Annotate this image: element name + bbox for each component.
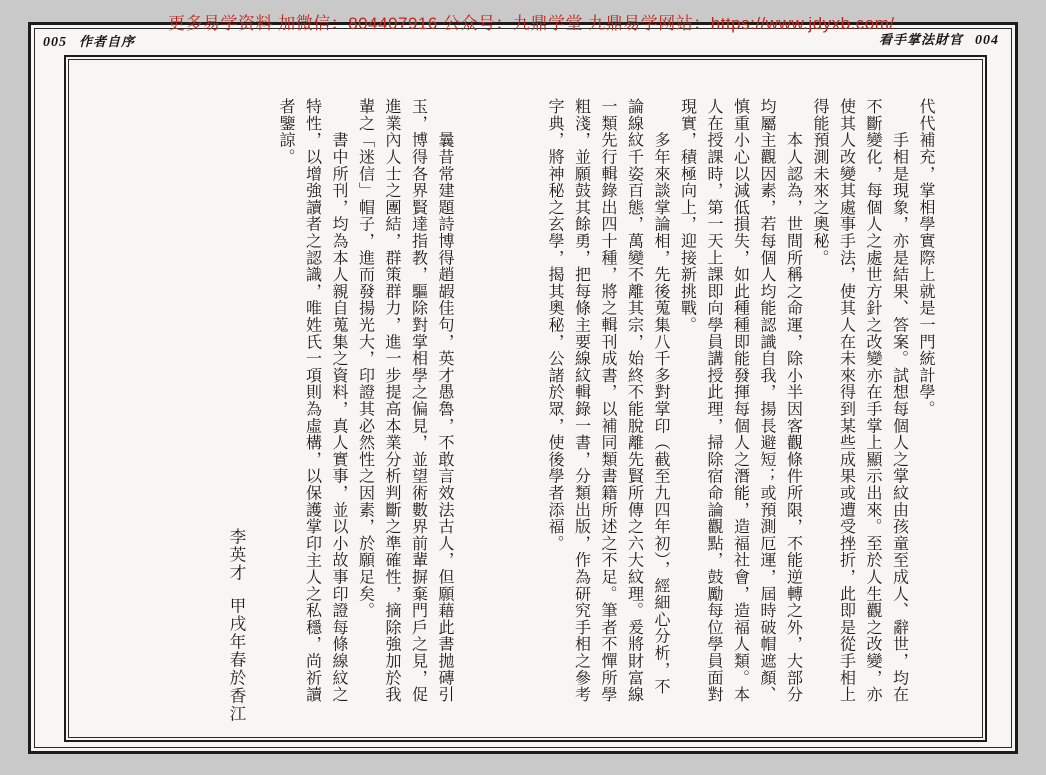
book-spread: 005作者自序 看手掌法財官004 代代補充，掌相學實際上就是一門統計學。 手相…	[28, 22, 1018, 754]
left-page-number: 005	[43, 35, 67, 50]
text-column: 手相是現象，亦是結果、答案。試想每個人之掌紋由孩童至成人、辭世，均在	[885, 98, 912, 726]
text-column: 代代補充，掌相學實際上就是一門統計學。	[912, 98, 939, 726]
right-page-title: 看手掌法財官	[879, 32, 963, 47]
text-column: 不斷變化，每個人之處世方針之改變亦在手掌上顯示出來。至於人生觀之改變，亦	[859, 98, 886, 726]
right-page-text: 代代補充，掌相學實際上就是一門統計學。 手相是現象，亦是結果、答案。試想每個人之…	[540, 98, 938, 726]
signature-dateline: 甲戌年春於香江	[227, 597, 246, 723]
text-column: 人在授課時，第一天上課即向學員講授此理，掃除宿命論觀點，鼓勵每位學員面對	[700, 98, 727, 726]
text-column: 特性，以增強讀者之認識，唯姓氏一項則為虛構，以保護掌印主人之私穩，尚祈讀	[298, 98, 325, 726]
text-column: 論線紋千姿百態，萬變不離其宗，始終不能脫離先賢所傳之六大紋理。爰將財富線	[620, 98, 647, 726]
text-column: 字典，將神秘之玄學，揭其奧秘，公諸於眾，使後學者添福。	[541, 98, 568, 726]
left-page-header: 005作者自序	[43, 31, 135, 51]
text-column: 玉，博得各界賢達指教，驅除對掌相學之偏見，並望術數界前輩摒棄門戶之見，促	[404, 98, 431, 726]
author-name: 李英才	[227, 528, 246, 582]
text-column: 現實，積極向上，迎接新挑戰。	[673, 98, 700, 726]
text-column: 輩之「迷信」帽子，進而發揚光大，印證其必然性之因素，於願足矣。	[351, 98, 378, 726]
text-column: 均屬主觀因素，若每個人均能認識自我，揚長避短；或預測厄運，屆時破帽遮顏、	[753, 98, 780, 726]
text-column: 者鑒諒。	[272, 98, 299, 726]
right-page-number: 004	[975, 33, 999, 48]
text-column: 多年來談掌論相，先後蒐集八千多對掌印（截至九四年初），經細心分析，不	[647, 98, 674, 726]
text-column: 粗淺，並願鼓其餘勇，把每條主要線紋輯錄一書，分類出版，作為研究手相之參考	[567, 98, 594, 726]
author-signature: 李英才甲戌年春於香江	[223, 528, 250, 738]
right-page-header: 看手掌法財官004	[879, 29, 999, 49]
text-column: 曩昔常建題詩博得趙嘏佳句，英才愚魯，不敢言效法古人，但願藉此書拋磚引	[431, 98, 458, 726]
text-column: 本人認為，世間所稱之命運，除小半因客觀條件所限，不能逆轉之外，大部分	[779, 98, 806, 726]
left-page-text: 曩昔常建題詩博得趙嘏佳句，英才愚魯，不敢言效法古人，但願藉此書拋磚引玉，博得各界…	[271, 98, 457, 726]
text-column: 慎重小心以減低損失，如此種種即能發揮每個人之潛能，造福社會，造福人類。本	[726, 98, 753, 726]
text-column: 得能預測未來之奧秘。	[806, 98, 833, 726]
text-column: 一類先行輯錄出四十種，將之輯刊成書，以補同類書籍所述之不足。筆者不憚所學	[594, 98, 621, 726]
text-column: 進業內人士之團結，群策群力，進一步提高本業分析判斷之準確性，摘除強加於我	[378, 98, 405, 726]
watermark-text: 更多易学资料 加微信：804407916 公众号：九鼎学堂 九鼎易学网站：htt…	[168, 9, 868, 34]
left-page-title: 作者自序	[79, 34, 135, 49]
text-column: 使其人改變其處事手法，使其人在未來得到某些成果或遭受挫折，此即是從手相上	[832, 98, 859, 726]
text-column: 書中所刊，均為本人親自蒐集之資料，真人實事，並以小故事印證每條線紋之	[325, 98, 352, 726]
